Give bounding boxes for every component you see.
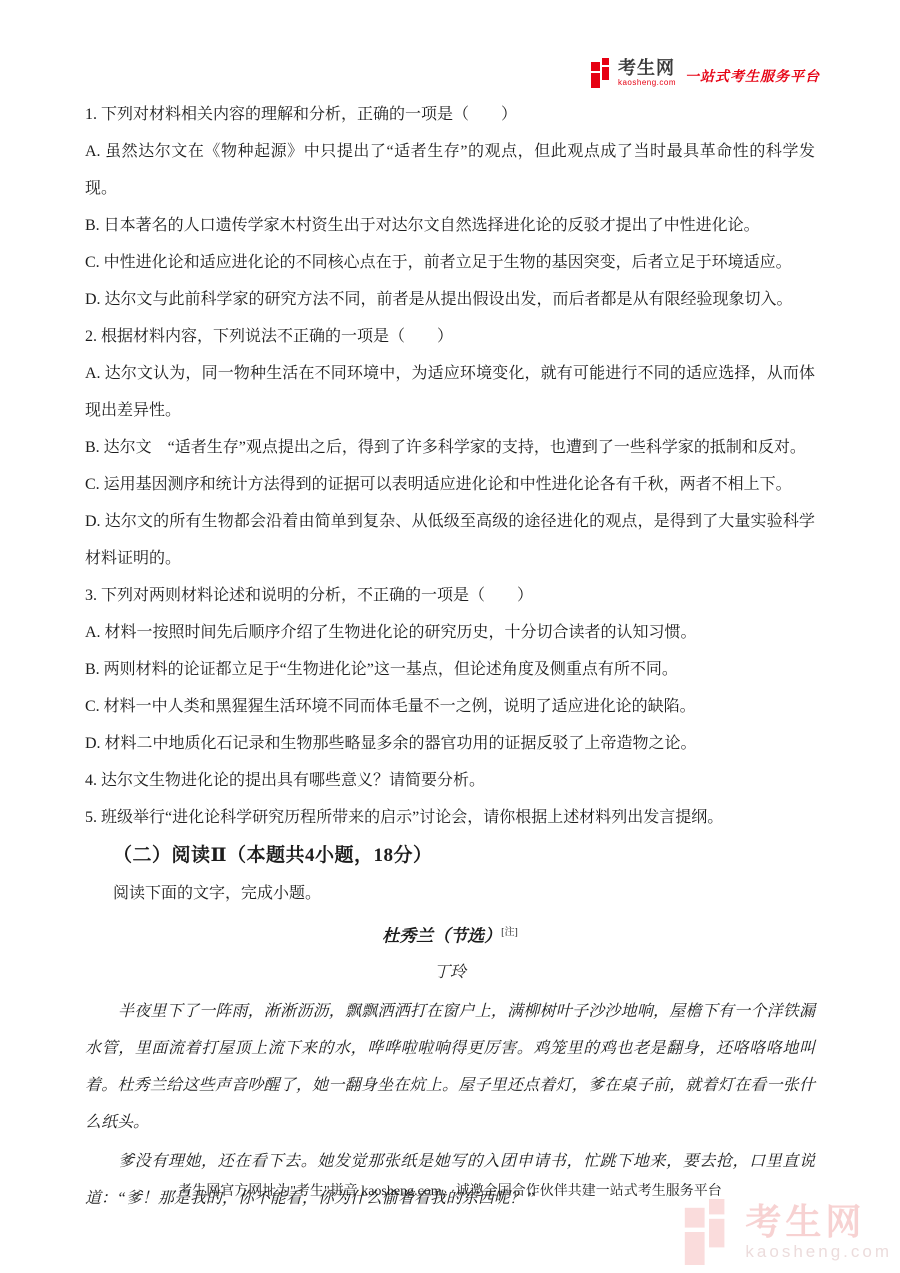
question-4-stem: 4. 达尔文生物进化论的提出具有哪些意义？请简要分析。: [85, 762, 815, 799]
question-3-option-c: C. 材料一中人类和黑猩猩生活环境不同而体毛量不一之例，说明了适应进化论的缺陷。: [85, 688, 815, 725]
section-2-intro: 阅读下面的文字，完成小题。: [85, 876, 815, 912]
question-2-option-b: B. 达尔文 “适者生存”观点提出之后，得到了许多科学家的支持，也遭到了一些科学…: [85, 429, 815, 466]
question-2-option-c: C. 运用基因测序和统计方法得到的证据可以表明适应进化论和中性进化论各有千秋，两…: [85, 466, 815, 503]
brand-lockup: 考生网 kaosheng.com: [591, 58, 676, 88]
passage-title: 杜秀兰（节选）[注]: [85, 914, 815, 955]
brand-name: 考生网: [618, 59, 676, 77]
question-1-option-d: D. 达尔文与此前科学家的研究方法不同，前者是从提出假设出发，而后者都是从有限经…: [85, 281, 815, 318]
kaosheng-watermark-logo-icon: [683, 1199, 735, 1265]
watermark: 考生网 kaosheng.com: [683, 1199, 892, 1265]
question-1-option-c: C. 中性进化论和适应进化论的不同核心点在于，前者立足于生物的基因突变，后者立足…: [85, 244, 815, 281]
question-3-stem: 3. 下列对两则材料论述和说明的分析，不正确的一项是（ ）: [85, 577, 815, 614]
kaosheng-logo-icon: [591, 58, 613, 88]
watermark-text: 考生网 kaosheng.com: [745, 1204, 892, 1260]
question-1-stem: 1. 下列对材料相关内容的理解和分析，正确的一项是（ ）: [85, 96, 815, 133]
question-1-option-b: B. 日本著名的人口遗传学家木村资生出于对达尔文自然选择进化论的反驳才提出了中性…: [85, 207, 815, 244]
question-5-stem: 5. 班级举行“进化论科学研究历程所带来的启示”讨论会，请你根据上述材料列出发言…: [85, 799, 815, 836]
question-2-option-d: D. 达尔文的所有生物都会沿着由简单到复杂、从低级至高级的途径进化的观点，是得到…: [85, 503, 815, 577]
question-3-option-b: B. 两则材料的论证都立足于“生物进化论”这一基点，但论述角度及侧重点有所不同。: [85, 651, 815, 688]
passage-title-note: [注]: [501, 927, 518, 938]
watermark-brand-name: 考生网: [745, 1204, 892, 1240]
question-1-option-a: A. 虽然达尔文在《物种起源》中只提出了“适者生存”的观点，但此观点成了当时最具…: [85, 133, 815, 207]
question-3-option-d: D. 材料二中地质化石记录和生物那些略显多余的器官功用的证据反驳了上帝造物之论。: [85, 725, 815, 762]
brand-header: 考生网 kaosheng.com 一站式考生服务平台: [591, 58, 820, 88]
section-2-heading: （二）阅读Ⅱ（本题共4小题，18分）: [85, 836, 815, 876]
brand-text: 考生网 kaosheng.com: [618, 59, 676, 87]
passage-author: 丁玲: [85, 955, 815, 991]
question-2-stem: 2. 根据材料内容，下列说法不正确的一项是（ ）: [85, 318, 815, 355]
passage-paragraph-1: 半夜里下了一阵雨，淅淅沥沥，飘飘洒洒打在窗户上，满柳树叶子沙沙地响，屋檐下有一个…: [85, 993, 815, 1141]
question-3-option-a: A. 材料一按照时间先后顺序介绍了生物进化论的研究历史，十分切合读者的认知习惯。: [85, 614, 815, 651]
brand-tagline: 一站式考生服务平台: [685, 60, 820, 86]
question-2-option-a: A. 达尔文认为，同一物种生活在不同环境中，为适应环境变化，就有可能进行不同的适…: [85, 355, 815, 429]
passage-title-text: 杜秀兰（节选）: [382, 927, 501, 946]
exam-document-page: 考生网 kaosheng.com 一站式考生服务平台 1. 下列对材料相关内容的…: [0, 0, 900, 1273]
watermark-brand-domain: kaosheng.com: [745, 1243, 892, 1260]
footer-note: 考生网官方网址为"考生"拼音 kaosheng.com，诚邀全国合作伙伴共建一站…: [0, 1180, 900, 1200]
document-content: 1. 下列对材料相关内容的理解和分析，正确的一项是（ ） A. 虽然达尔文在《物…: [85, 96, 815, 1217]
brand-domain: kaosheng.com: [618, 79, 676, 87]
